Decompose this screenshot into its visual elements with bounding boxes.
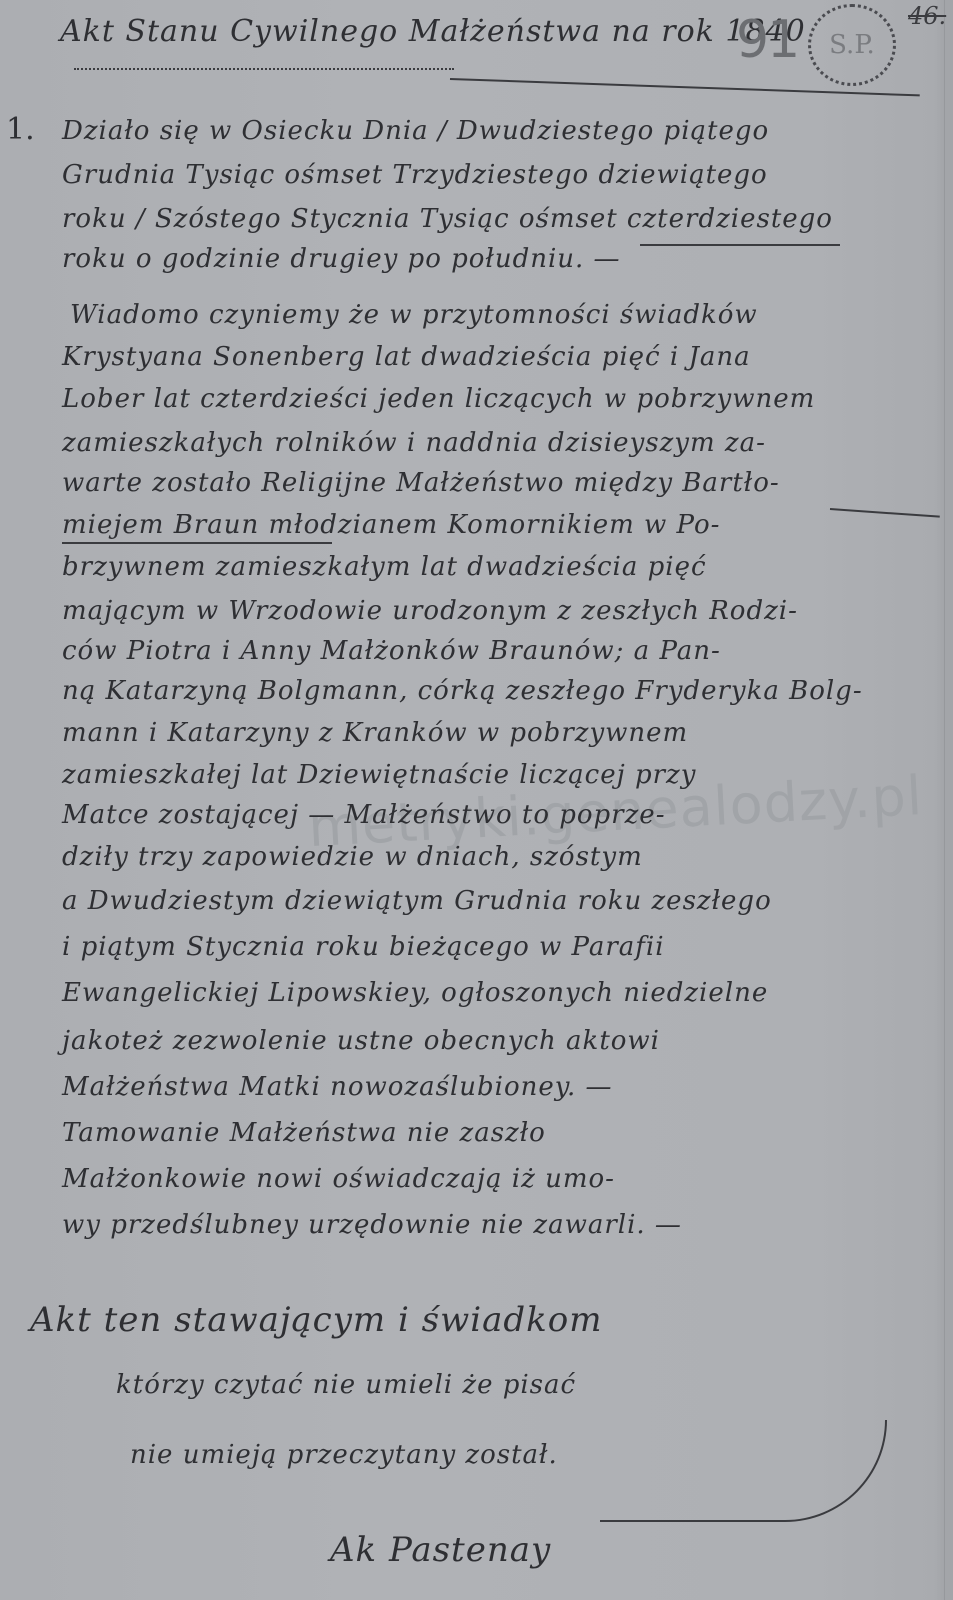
entry-line: Tamowanie Małżeństwa nie zaszło	[62, 1118, 546, 1148]
entry-line: mającym w Wrzodowie urodzonym z zeszłych…	[62, 596, 798, 626]
stamp-text: S.P.	[829, 30, 875, 60]
official-signature: Ak Pastenay	[330, 1530, 551, 1570]
date-underline	[640, 244, 840, 246]
groom-name-underline	[830, 508, 940, 518]
entry-line: zamieszkałych rolników i naddnia dzisiey…	[62, 428, 766, 458]
entry-line: Małżeństwa Matki nowozaślubioney. —	[62, 1072, 613, 1102]
entry-line: mann i Katarzyny z Kranków w pobrzywnem	[62, 718, 688, 748]
entry-line: Wiadomo czyniemy że w przytomności świad…	[70, 300, 758, 330]
archive-stamp: S.P.	[808, 4, 896, 86]
entry-line: ców Piotra i Anny Małżonków Braunów; a P…	[62, 636, 721, 666]
old-folio-number: 46.	[908, 2, 946, 30]
entry-line: Lober lat czterdzieści jeden liczących w…	[62, 384, 815, 414]
entry-line: roku o godzinie drugiey po południu. —	[62, 244, 621, 274]
closing-line: Akt ten stawającym i świadkom	[30, 1300, 602, 1340]
entry-line: jakoteż zezwolenie ustne obecnych aktowi	[62, 1026, 660, 1056]
folio-number: 91	[736, 10, 798, 70]
title-underline	[74, 68, 454, 70]
entry-line: Krystyana Sonenberg lat dwadzieścia pięć…	[62, 342, 751, 372]
scanned-page: Akt Stanu Cywilnego Małżeństwa na rok 18…	[0, 0, 953, 1600]
entry-line: Grudnia Tysiąc ośmset Trzydziestego dzie…	[62, 160, 768, 190]
entry-line: ną Katarzyną Bolgmann, córką zeszłego Fr…	[62, 676, 863, 706]
signature-flourish	[600, 1420, 887, 1522]
entry-line: roku / Szóstego Stycznia Tysiąc ośmset c…	[62, 204, 833, 234]
entry-line: i piątym Stycznia roku bieżącego w Paraf…	[62, 932, 665, 962]
closing-line: nie umieją przeczytany został.	[130, 1440, 558, 1470]
entry-line: miejem Braun młodzianem Komornikiem w Po…	[62, 510, 720, 540]
page-edge	[944, 0, 953, 1600]
groom-name-underline	[62, 542, 332, 544]
entry-line: Ewangelickiej Lipowskiey, ogłoszonych ni…	[62, 978, 768, 1008]
entry-line: a Dwudziestym dziewiątym Grudnia roku ze…	[62, 886, 772, 916]
entry-number: 1.	[6, 112, 35, 147]
record-title: Akt Stanu Cywilnego Małżeństwa na rok 18…	[60, 14, 806, 49]
closing-line: którzy czytać nie umieli że pisać	[116, 1370, 576, 1400]
entry-line: Małżonkowie nowi oświadczają iż umo-	[62, 1164, 615, 1194]
entry-line: Matce zostającej — Małżeństwo to poprze-	[62, 800, 665, 830]
entry-line: Działo się w Osiecku Dnia / Dwudziestego…	[62, 116, 769, 146]
entry-line: warte zostało Religijne Małżeństwo międz…	[62, 468, 780, 498]
entry-line: dziły trzy zapowiedzie w dniach, szóstym	[62, 842, 643, 872]
entry-line: wy przedślubney urzędownie nie zawarli. …	[62, 1210, 682, 1240]
entry-line: brzywnem zamieszkałym lat dwadzieścia pi…	[62, 552, 707, 582]
